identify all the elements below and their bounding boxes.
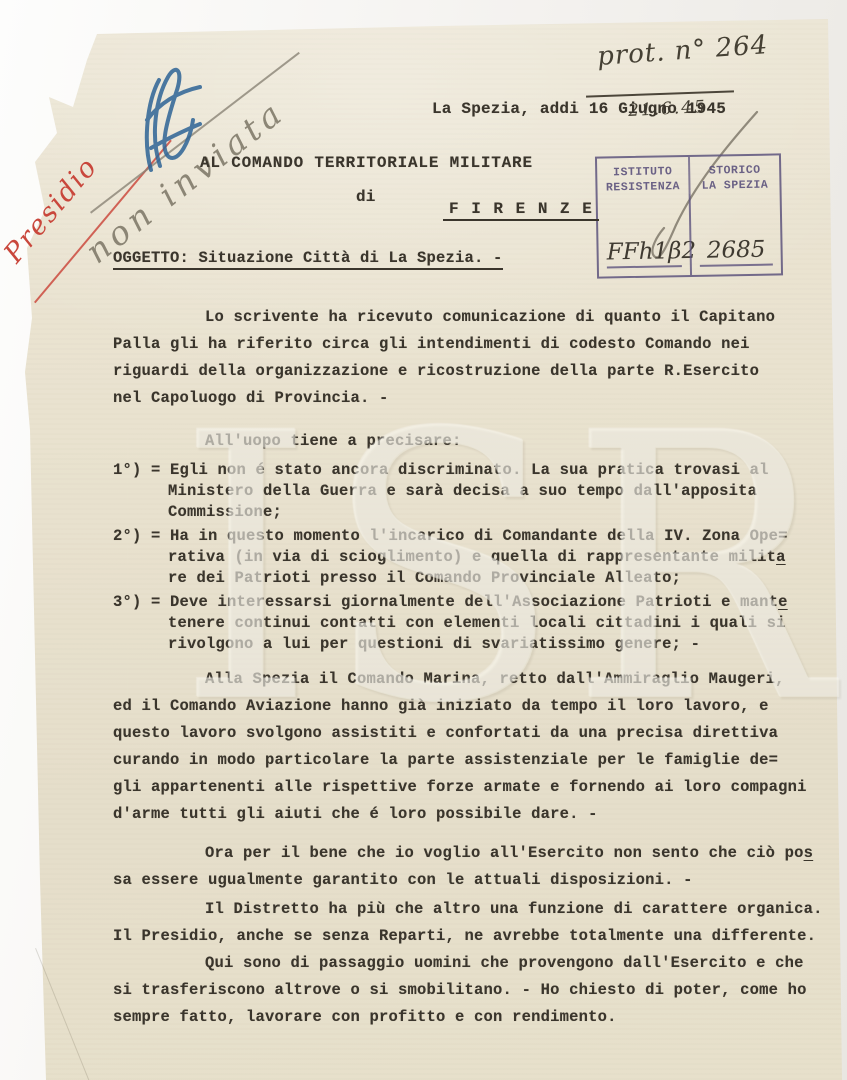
- underlined-char: e: [778, 593, 788, 611]
- typed-line: riguardi della organizzazione e ricostru…: [113, 362, 825, 389]
- subject-line: OGGETTO: Situazione Città di La Spezia. …: [113, 249, 503, 270]
- typed-line: si trasferiscono altrove o si smobilitan…: [113, 981, 825, 1008]
- typed-line: re dei Patrioti presso il Comando Provin…: [168, 569, 825, 590]
- typed-line: 2°) = Ha in questo momento l'incarico di…: [113, 527, 825, 548]
- stamp-signature-cell: FFh1β2: [598, 194, 690, 277]
- typed-line: All'uopo tiene a precisare:: [205, 432, 825, 459]
- typed-line: Lo scrivente ha ricevuto comunicazione d…: [205, 308, 825, 335]
- dateline: La Spezia, addi 16 Giugno 1945: [432, 100, 726, 118]
- typed-line: Il Distretto ha più che altro una funzio…: [205, 900, 825, 927]
- typed-line: questo lavoro svolgono assistiti e confo…: [113, 724, 825, 751]
- typed-line: sempre fatto, lavorare con profitto e co…: [113, 1008, 825, 1035]
- typed-line: Ora per il bene che io voglio all'Eserci…: [205, 844, 825, 871]
- stamp-text: STORICO: [690, 162, 779, 179]
- paragraph-4: Il Distretto ha più che altro una funzio…: [113, 900, 825, 954]
- typed-line: sa essere ugualmente garantito con le at…: [113, 871, 825, 898]
- typed-line: 3°) = Deve interessarsi giornalmente del…: [113, 593, 778, 611]
- stamp-number-cell: 2685: [689, 192, 781, 275]
- typed-line: Ora per il bene che io voglio all'Eserci…: [205, 844, 804, 862]
- recipient-city: F I R E N Z E: [443, 200, 599, 221]
- typed-line: d'arme tutti gli aiuti che é loro possib…: [113, 805, 825, 832]
- list-item-1: 1°) = Egli non é stato ancora discrimina…: [113, 461, 825, 524]
- typed-line: rivolgono a lui per questioni di svariat…: [168, 635, 825, 656]
- typed-line: Ministero della Guerra e sarà decisa a s…: [168, 482, 825, 503]
- list-item-2: 2°) = Ha in questo momento l'incarico di…: [113, 527, 825, 590]
- stamp-institute-cell: ISTITUTO RESISTENZA: [597, 157, 689, 196]
- typed-line: 3°) = Deve interessarsi giornalmente del…: [113, 593, 825, 614]
- typed-line: tenere continui contatti con elementi lo…: [168, 614, 825, 635]
- typed-line: 1°) = Egli non é stato ancora discrimina…: [113, 461, 825, 482]
- typed-line: Il Presidio, anche se senza Reparti, ne …: [113, 927, 825, 954]
- recipient-line: AL COMANDO TERRITORIALE MILITARE: [200, 154, 533, 172]
- typed-line: ed il Comando Aviazione hanno già inizia…: [113, 697, 825, 724]
- recipient-di: di: [356, 188, 376, 206]
- paragraph-2: Alla Spezia il Comando Marina, retto dal…: [113, 670, 825, 832]
- underlined-char: a: [776, 548, 786, 566]
- letter-body: Lo scrivente ha ricevuto comunicazione d…: [113, 308, 825, 1035]
- typed-line: rativa (in via di scioglimento) e quella…: [168, 548, 825, 569]
- typed-line: rativa (in via di scioglimento) e quella…: [168, 548, 776, 566]
- typed-line: Commissione;: [168, 503, 825, 524]
- stamp-number-value: 2685: [699, 237, 772, 267]
- paragraph-3: Ora per il bene che io voglio all'Eserci…: [113, 844, 825, 898]
- paragraph-5: Qui sono di passaggio uomini che proveng…: [113, 954, 825, 1035]
- stamp-text: ISTITUTO: [597, 164, 688, 181]
- stamp-text: LA SPEZIA: [690, 177, 779, 194]
- typed-line: Palla gli ha riferito circa gli intendim…: [113, 335, 825, 362]
- typed-line: curando in modo particolare la parte ass…: [113, 751, 825, 778]
- scan-background: { "annotations": { "protocol_number": "p…: [0, 0, 847, 1080]
- typed-line: gli appartenenti alle rispettive forze a…: [113, 778, 825, 805]
- lead-line: All'uopo tiene a precisare:: [113, 432, 825, 459]
- typed-line: Alla Spezia il Comando Marina, retto dal…: [205, 670, 825, 697]
- list-item-3: 3°) = Deve interessarsi giornalmente del…: [113, 593, 825, 656]
- typed-line: nel Capoluogo di Provincia. -: [113, 389, 825, 416]
- stamp-text: RESISTENZA: [597, 179, 688, 196]
- typed-line: Qui sono di passaggio uomini che proveng…: [205, 954, 825, 981]
- paragraph-1: Lo scrivente ha ricevuto comunicazione d…: [113, 308, 825, 416]
- archive-stamp: ISTITUTO RESISTENZA STORICO LA SPEZIA FF…: [595, 153, 783, 278]
- stamp-storico-cell: STORICO LA SPEZIA: [688, 155, 780, 194]
- underlined-char: s: [804, 844, 814, 862]
- stamp-signature-value: FFh1β2: [607, 238, 682, 268]
